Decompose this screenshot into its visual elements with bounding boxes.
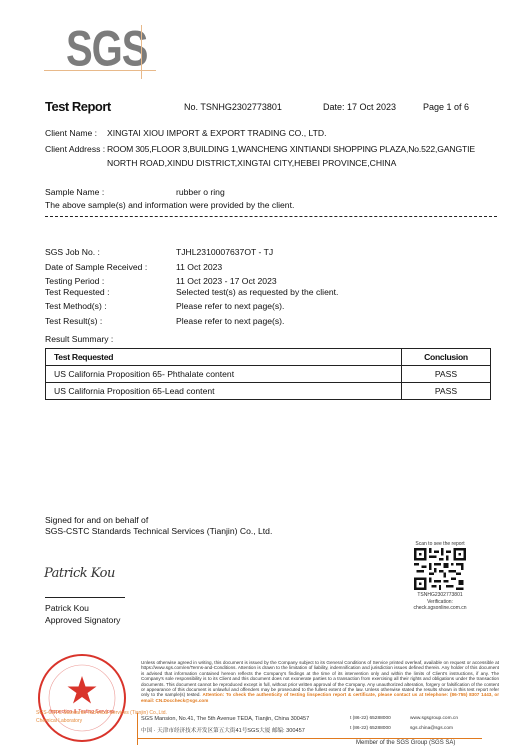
- footer-divider: [137, 713, 138, 745]
- sample-name: rubber o ring: [176, 187, 225, 198]
- signature-line: [45, 597, 125, 598]
- report-date: Date: 17 Oct 2023: [323, 102, 396, 112]
- result-summary-table: Test Requested Conclusion US California …: [45, 348, 491, 400]
- table-header-row: Test Requested Conclusion: [46, 349, 491, 366]
- test-method-value: Please refer to next page(s).: [176, 301, 284, 312]
- test-requested-value: Selected test(s) as requested by the cli…: [176, 287, 338, 298]
- job-no-label: SGS Job No. :: [45, 247, 100, 258]
- test-name: US California Proposition 65-Lead conten…: [46, 383, 402, 400]
- handwritten-signature: Patrick Kou: [44, 566, 115, 581]
- test-result-value: Please refer to next page(s).: [176, 316, 284, 327]
- test-method-label: Test Method(s) :: [45, 301, 107, 312]
- sample-received-label: Date of Sample Received :: [45, 262, 147, 273]
- footer-address-cn: 中国 · 天津市经济技术开发区第五大街41号SGS大厦 邮编: 300457: [141, 726, 305, 734]
- sgs-logo: SGS: [66, 24, 147, 74]
- test-conclusion: PASS: [402, 366, 491, 383]
- testing-period-label: Testing Period :: [45, 276, 104, 287]
- footer-address-en: SGS Mansion, No.41, The 5th Avenue TEDA,…: [141, 716, 309, 722]
- header-conclusion: Conclusion: [402, 349, 491, 366]
- test-requested-label: Test Requested :: [45, 287, 110, 298]
- qr-verification-url[interactable]: check.sgsonline.com.cn: [410, 605, 470, 611]
- sample-received-value: 11 Oct 2023: [176, 262, 222, 273]
- qr-report-code: TSNHG2302773801: [410, 592, 470, 598]
- result-summary-label: Result Summary :: [45, 334, 113, 345]
- stamp-lab-line: Chemical Laboratory: [36, 718, 82, 724]
- test-conclusion: PASS: [402, 383, 491, 400]
- logo-crop-line: [141, 25, 142, 79]
- client-address-line1: ROOM 305,FLOOR 3,BUILDING 1,WANCHENG XIN…: [107, 144, 475, 155]
- footer-rule: [137, 738, 482, 739]
- table-row: US California Proposition 65-Lead conten…: [46, 383, 491, 400]
- testing-period-value: 11 Oct 2023 - 17 Oct 2023: [176, 276, 277, 287]
- test-result-label: Test Result(s) :: [45, 316, 102, 327]
- table-row: US California Proposition 65- Phthalate …: [46, 366, 491, 383]
- header-test-requested: Test Requested: [46, 349, 402, 366]
- sample-name-label: Sample Name :: [45, 187, 104, 198]
- footer-phone: t (86-22) 65288000: [350, 716, 391, 721]
- qr-code-icon[interactable]: [414, 548, 466, 590]
- legal-disclaimer: Unless otherwise agreed in writing, this…: [141, 660, 499, 703]
- footer-website[interactable]: www.sgsgroup.com.cn: [410, 716, 458, 721]
- official-stamp: Inspection & Testing Services: [36, 652, 128, 744]
- footer-phone-cn: t (86-22) 65288000: [350, 726, 391, 731]
- signatory-name: Patrick Kou: [45, 603, 89, 614]
- section-divider: [45, 216, 497, 217]
- report-number: No. TSNHG2302773801: [184, 102, 282, 112]
- sample-note: The above sample(s) and information were…: [45, 200, 294, 211]
- page-indicator: Page 1 of 6: [423, 102, 469, 112]
- disclaimer-attention: Attention: To check the authenticity of …: [202, 692, 492, 697]
- signoff-company: SGS-CSTC Standards Technical Services (T…: [45, 526, 272, 537]
- client-address-label: Client Address :: [45, 144, 105, 155]
- client-name: XINGTAI XIOU IMPORT & EXPORT TRADING CO.…: [107, 128, 327, 139]
- client-name-label: Client Name :: [45, 128, 97, 139]
- test-name: US California Proposition 65- Phthalate …: [46, 366, 402, 383]
- qr-caption: Scan to see the report: [410, 541, 470, 547]
- signoff-line1: Signed for and on behalf of: [45, 515, 148, 526]
- client-address-line2: NORTH ROAD,XINDU DISTRICT,XINGTAI CITY,H…: [107, 158, 396, 169]
- logo-crop-line: [44, 70, 156, 71]
- sgs-membership: Member of the SGS Group (SGS SA): [356, 740, 455, 746]
- signatory-title: Approved Signatory: [45, 615, 120, 626]
- footer-email[interactable]: sgs.china@sgs.com: [410, 726, 453, 731]
- job-no-value: TJHL2310007637OT - TJ: [176, 247, 273, 258]
- report-title: Test Report: [45, 99, 111, 114]
